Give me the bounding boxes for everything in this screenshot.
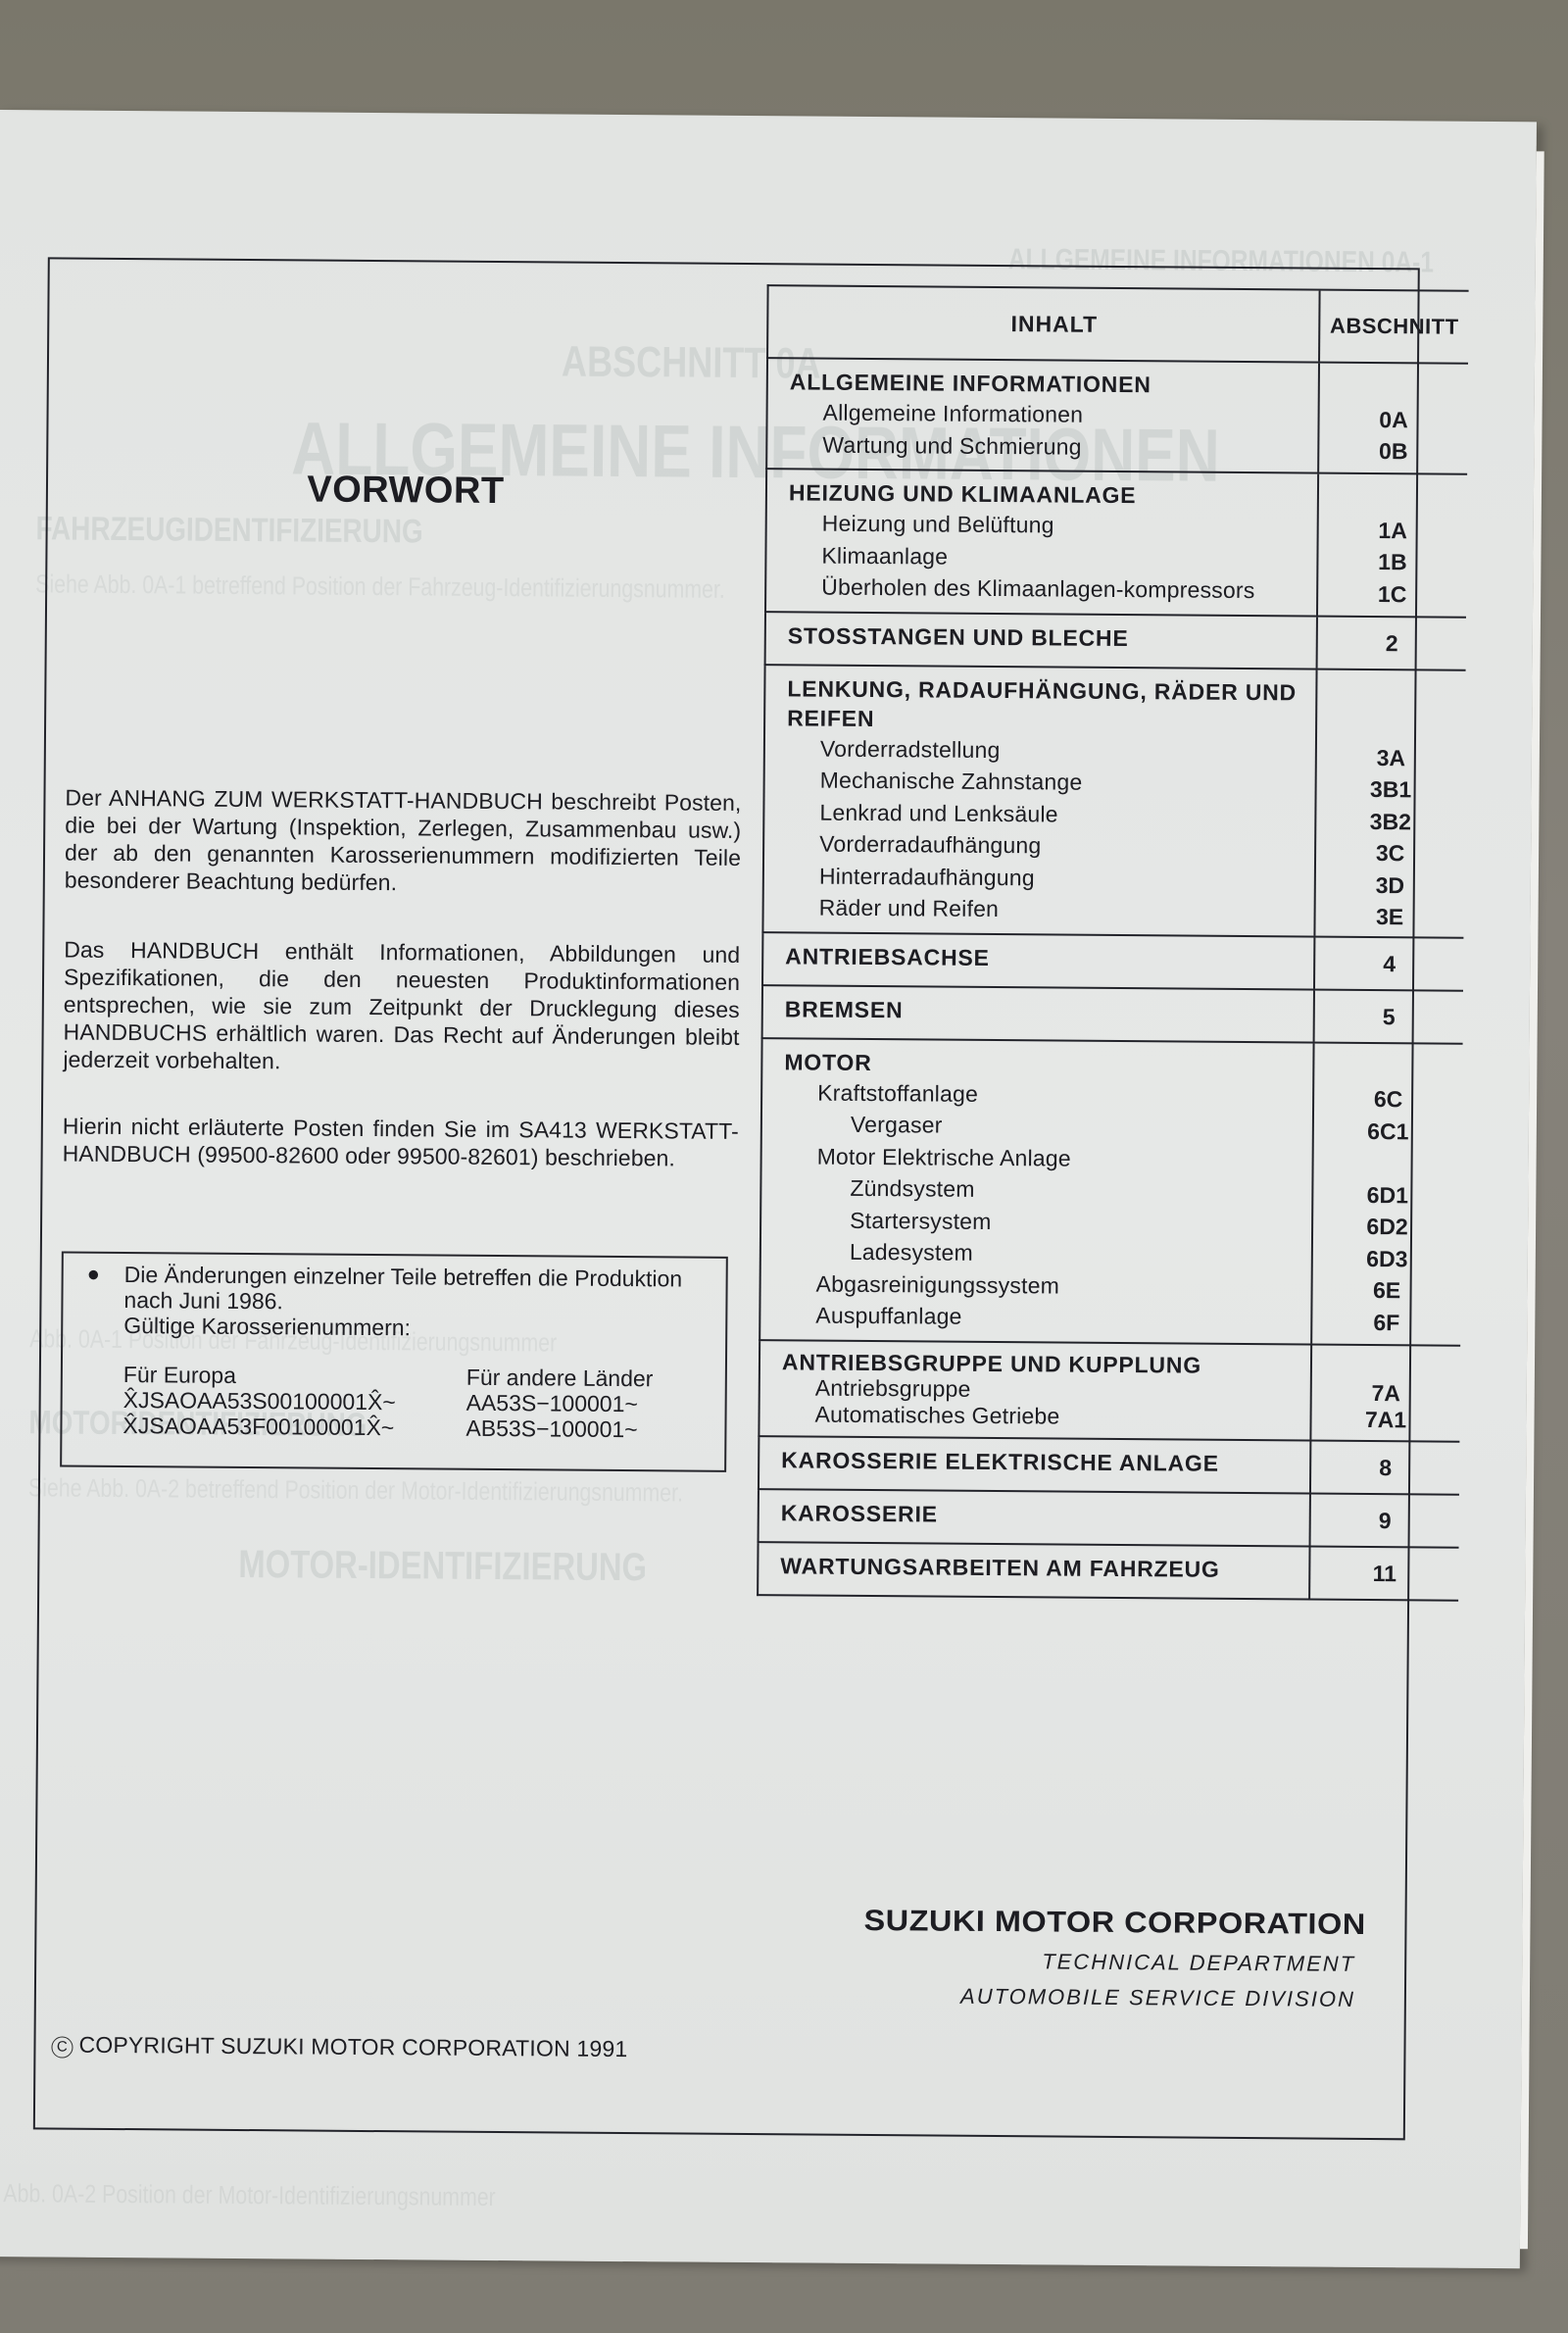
toc-entry-code: 0A xyxy=(1319,403,1467,436)
publisher-division: AUTOMOBILE SERVICE DIVISION xyxy=(901,1983,1365,2012)
toc-entry: Mechanische Zahnstange xyxy=(787,764,1315,800)
europe-serial: X̂JSAOAA53S00100001X̂~ xyxy=(123,1387,466,1415)
toc-entry: Auspuffanlage xyxy=(782,1299,1310,1335)
toc-entry: Hinterradaufhängung xyxy=(786,860,1314,896)
other-countries-column-header: Für andere Länder xyxy=(466,1365,711,1392)
toc-entry-code: 6D1 xyxy=(1313,1178,1461,1212)
table-of-contents: INHALT ABSCHNITT ALLGEMEINE INFORMATIONE… xyxy=(757,284,1468,1601)
toc-entry-code: 7A1 xyxy=(1311,1406,1459,1433)
toc-entry: Lenkrad und Lenksäule xyxy=(786,796,1314,832)
toc-entry: Startersystem xyxy=(783,1204,1311,1240)
other-serial: AB53S−100001~ xyxy=(465,1415,710,1443)
serial-number-table: Für Europa Für andere Länder X̂JSAOAA53S… xyxy=(122,1362,711,1443)
toc-entry-code: 6D3 xyxy=(1313,1242,1461,1275)
toc-section-title: WARTUNGSARBEITEN AM FAHRZEUG xyxy=(780,1551,1308,1584)
toc-section-title: MOTOR xyxy=(784,1047,1312,1080)
toc-section-code: 11 xyxy=(1373,1561,1397,1586)
toc-entry: Kraftstoffanlage xyxy=(784,1076,1312,1113)
toc-section-title: ANTRIEBSGRUPPE UND KUPPLUNG xyxy=(782,1349,1310,1378)
toc-section-code: 9 xyxy=(1379,1508,1392,1533)
publisher-block: SUZUKI MOTOR CORPORATION TECHNICAL DEPAR… xyxy=(901,1905,1366,2012)
page-edge xyxy=(1520,151,1544,2249)
production-note-box: ● Die Änderungen einzelner Teile betreff… xyxy=(60,1252,728,1472)
toc-section-row: KAROSSERIE ELEKTRISCHE ANLAGE8 xyxy=(758,1437,1459,1496)
foreword-column: VORWORT Der ANHANG ZUM WERKSTATT-HANDBUC… xyxy=(35,259,765,2133)
content-frame: VORWORT Der ANHANG ZUM WERKSTATT-HANDBUC… xyxy=(33,257,1420,2140)
toc-entry: Abgasreinigungssystem xyxy=(782,1267,1310,1304)
toc-entry-code: 6C1 xyxy=(1314,1115,1462,1148)
toc-entry: Ladesystem xyxy=(783,1235,1311,1271)
toc-section-row: LENKUNG, RADAUFHÄNGUNG, RÄDER UND REIFEN… xyxy=(761,666,1465,939)
manual-page: ALLGEMEINE INFORMATIONEN 0A-1 ABSCHNITT … xyxy=(0,110,1537,2268)
toc-entry: Heizung und Belüftung xyxy=(789,507,1317,543)
toc-section-title: BREMSEN xyxy=(785,994,1313,1027)
europe-serial: X̂JSAOAA53F00100001X̂~ xyxy=(122,1413,465,1441)
toc-entry-code: 6D2 xyxy=(1313,1211,1461,1244)
toc-section-row: MOTORKraftstoffanlageVergaserMotor Elekt… xyxy=(759,1039,1462,1347)
toc-entry-code: 3E xyxy=(1315,901,1463,934)
toc-section-code: 4 xyxy=(1383,951,1396,976)
toc-section-row: HEIZUNG UND KLIMAANLAGEHeizung und Belüf… xyxy=(764,470,1467,618)
copyright-icon: C xyxy=(51,2036,73,2058)
note-serials-label: Gültige Karosserienummern: xyxy=(123,1313,702,1343)
toc-section-row: ANTRIEBSGRUPPE UND KUPPLUNGAntriebsgrupp… xyxy=(758,1341,1460,1443)
foreword-title: VORWORT xyxy=(48,467,763,515)
toc-entry: Vergaser xyxy=(784,1108,1312,1144)
toc-section-code: 5 xyxy=(1383,1004,1396,1029)
toc-entry-code: 6E xyxy=(1312,1274,1460,1308)
toc-section-title: ANTRIEBSACHSE xyxy=(785,941,1313,974)
toc-section-row: WARTUNGSARBEITEN AM FAHRZEUG11 xyxy=(757,1543,1458,1602)
toc-entry-code: 3B2 xyxy=(1316,805,1464,838)
toc-entry: Wartung und Schmierung xyxy=(789,428,1317,465)
toc-section-row: BREMSEN5 xyxy=(761,986,1463,1045)
toc-entry: Zündsystem xyxy=(783,1171,1311,1208)
toc-section-code: 2 xyxy=(1386,630,1398,656)
serial-row: X̂JSAOAA53F00100001X̂~ AB53S−100001~ xyxy=(122,1413,710,1443)
bullet-icon: ● xyxy=(87,1262,101,1287)
note-production-text: Die Änderungen einzelner Teile betreffen… xyxy=(123,1262,702,1317)
toc-entry-code: 1A xyxy=(1319,514,1467,547)
toc-entry-code: 3D xyxy=(1316,869,1464,902)
toc-section-row: KAROSSERIE9 xyxy=(758,1490,1459,1549)
other-serial: AA53S−100001~ xyxy=(466,1390,711,1417)
toc-section-title: KAROSSERIE xyxy=(781,1498,1309,1531)
publisher-name: SUZUKI MOTOR CORPORATION xyxy=(863,1905,1365,1942)
toc-header-row: INHALT ABSCHNITT xyxy=(766,284,1469,365)
copyright-notice: CCOPYRIGHT SUZUKI MOTOR CORPORATION 1991 xyxy=(51,2031,627,2062)
toc-header-section: ABSCHNITT xyxy=(1320,291,1469,363)
ghost-fig2-caption: Abb. 0A-2 Position der Motor-Identifizie… xyxy=(3,2178,496,2212)
toc-section-row: STOSSTANGEN UND BLECHE2 xyxy=(764,613,1466,671)
toc-entry-code: 0B xyxy=(1319,435,1467,469)
toc-entry: Automatisches Getriebe xyxy=(781,1401,1309,1431)
toc-entry: Vorderradstellung xyxy=(787,732,1315,769)
toc-section-row: ANTRIEBSACHSE4 xyxy=(761,933,1463,992)
toc-entry: Allgemeine Informationen xyxy=(789,396,1317,432)
toc-entry-code: 3A xyxy=(1317,741,1465,774)
toc-entry: Klimaanlage xyxy=(788,539,1316,575)
toc-entry: Vorderradaufhängung xyxy=(786,827,1314,864)
publisher-department: TECHNICAL DEPARTMENT xyxy=(901,1948,1365,1977)
toc-entry: Antriebsgruppe xyxy=(782,1374,1310,1405)
toc-section-title: LENKUNG, RADAUFHÄNGUNG, RÄDER UND REIFEN xyxy=(787,673,1315,736)
toc-entry: Räder und Reifen xyxy=(786,891,1314,927)
toc-section-code: 8 xyxy=(1379,1455,1392,1480)
toc-entry-code: 1C xyxy=(1318,577,1466,611)
toc-section-title: KAROSSERIE ELEKTRISCHE ANLAGE xyxy=(781,1445,1309,1478)
toc-entry-code xyxy=(1313,1147,1461,1180)
toc-header-content: INHALT xyxy=(768,286,1321,361)
toc-section-row: ALLGEMEINE INFORMATIONENAllgemeine Infor… xyxy=(765,359,1468,475)
toc-entry-code: 7A xyxy=(1312,1379,1460,1407)
toc-entry: Motor Elektrische Anlage xyxy=(784,1140,1312,1176)
toc-entry-code: 3B1 xyxy=(1316,773,1464,807)
copyright-text: COPYRIGHT SUZUKI MOTOR CORPORATION 1991 xyxy=(78,2032,627,2061)
toc-entry-code: 6C xyxy=(1314,1083,1462,1117)
europe-column-header: Für Europa xyxy=(123,1362,466,1390)
toc-entry-code: 3C xyxy=(1316,837,1464,870)
foreword-paragraph: Das HANDBUCH enthält Informationen, Abbi… xyxy=(63,936,740,1078)
toc-entry-code: 6F xyxy=(1312,1306,1460,1339)
toc-section-title: HEIZUNG UND KLIMAANLAGE xyxy=(789,477,1317,511)
toc-entry-code: 1B xyxy=(1318,546,1466,579)
toc-entry: Überholen des Klimaanlagen-kompressors xyxy=(788,571,1316,607)
toc-section-title: STOSSTANGEN UND BLECHE xyxy=(788,620,1316,654)
foreword-paragraph: Hierin nicht erläuterte Posten finden Si… xyxy=(63,1113,739,1172)
toc-section-title: ALLGEMEINE INFORMATIONEN xyxy=(790,367,1318,400)
foreword-paragraph: Der ANHANG ZUM WERKSTATT-HANDBUCH beschr… xyxy=(65,784,742,899)
